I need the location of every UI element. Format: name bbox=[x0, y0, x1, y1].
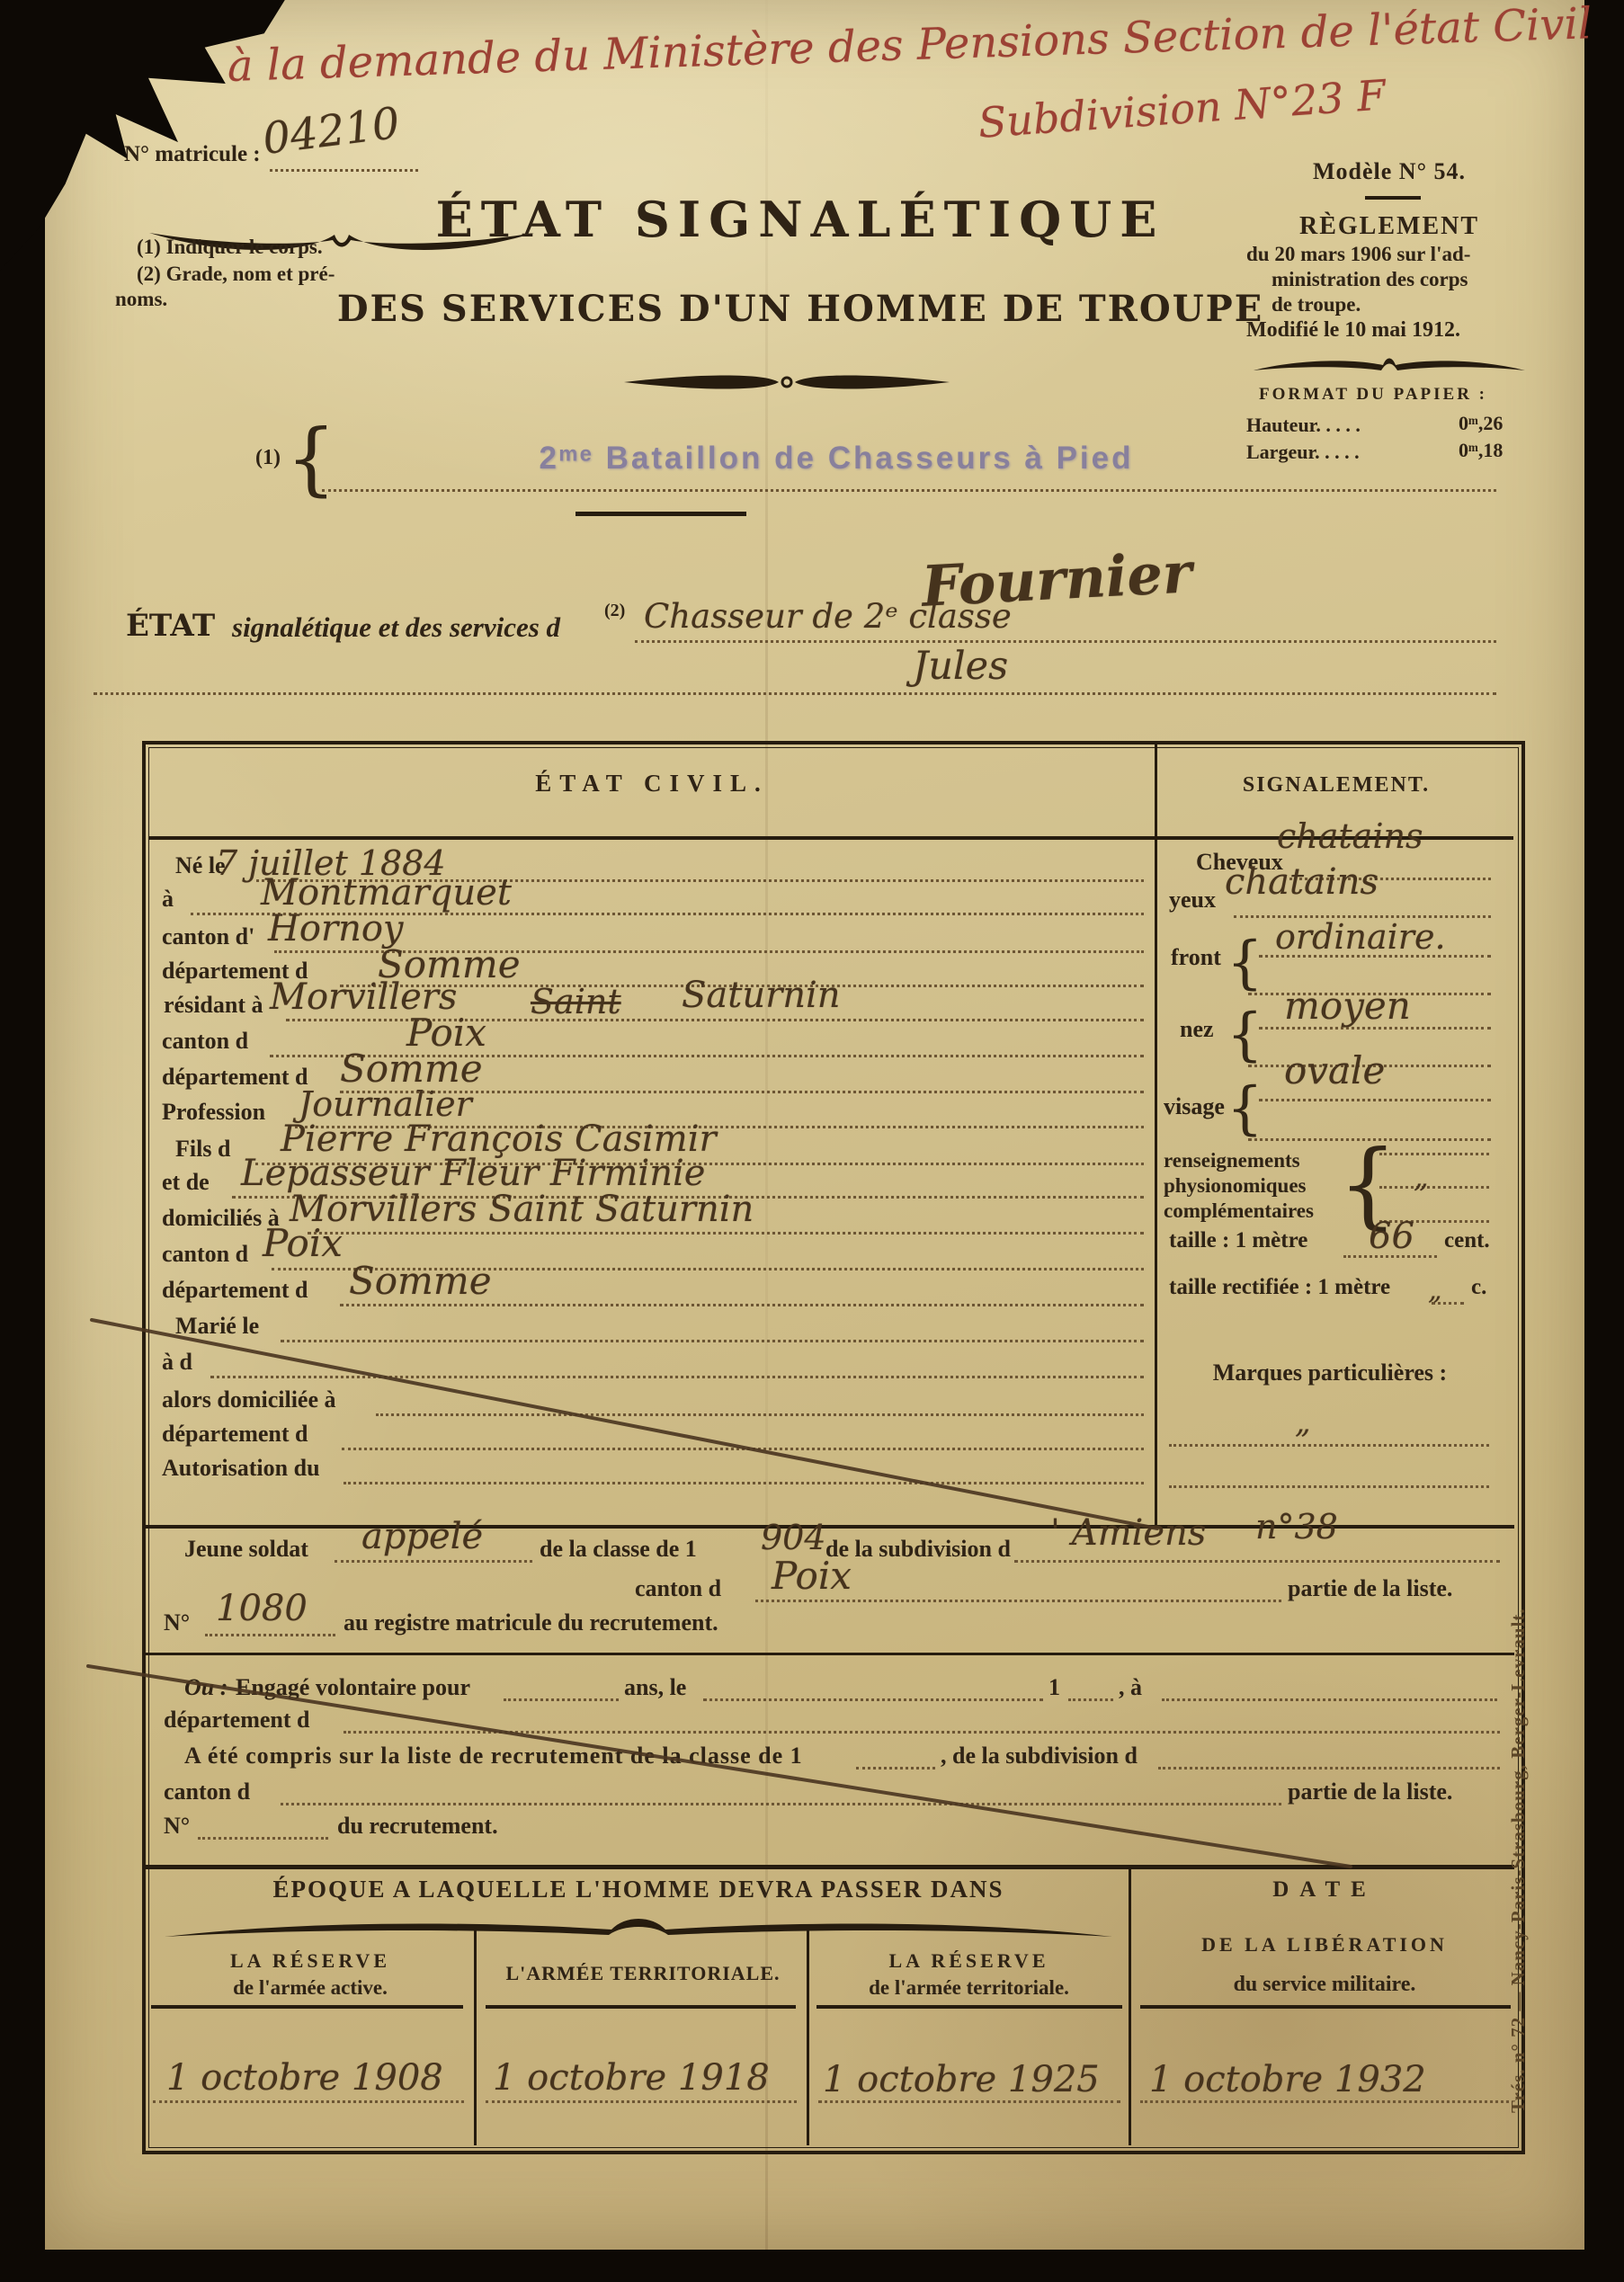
strike-lines bbox=[0, 0, 1624, 2282]
photo-backdrop: à la demande du Ministère des Pensions S… bbox=[0, 0, 1624, 2282]
